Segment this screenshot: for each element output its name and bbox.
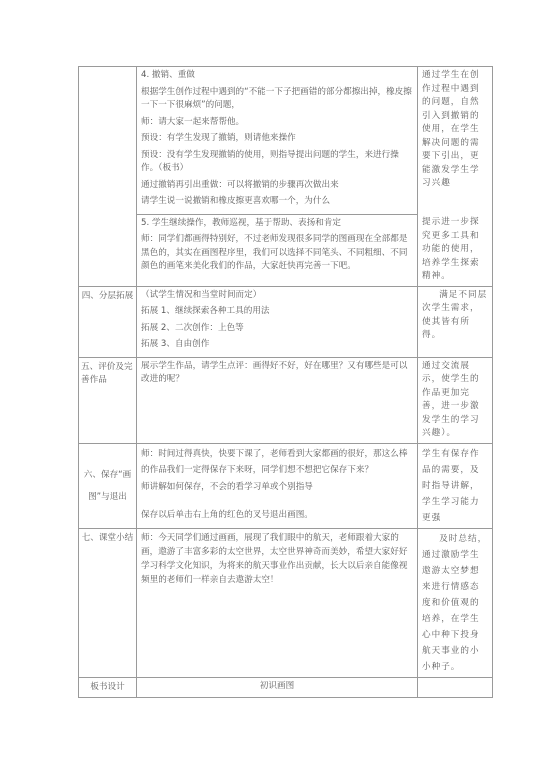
content-paragraph: 预设：有学生发现了撤销，则请他来操作 bbox=[141, 132, 413, 146]
table-row-save-exit: 六、保存“画图”与退出 师：时间过得真快，快要下课了，老师看到大家都画的很好，那… bbox=[79, 443, 493, 528]
stage-cell: 板书设计 bbox=[79, 677, 137, 698]
content-cell: 师：今天同学们通过画画，展现了我们眼中的航天，老师跟着大家的画，遨游了丰富多彩的… bbox=[137, 528, 418, 677]
content-paragraph: 拓展 3、自由创作 bbox=[141, 338, 413, 352]
content-paragraph: 展示学生作品，请学生点评：画得好不好，好在哪里？又有哪些是可以改进的呢？ bbox=[141, 360, 413, 387]
content-cell: 初识画图 bbox=[137, 677, 418, 698]
content-cell: 师：时间过得真快，快要下课了，老师看到大家都画的很好，那这么棒的作品我们一定得保… bbox=[137, 443, 418, 528]
lesson-plan-table: 4. 撤销、重做 根据学生创作过程中遇到的“不能一下子把画错的部分都擦出掉，橡皮… bbox=[78, 66, 493, 698]
stage-cell: 五、评价及完善作品 bbox=[79, 357, 137, 443]
content-paragraph: 师讲解如何保存，不会的看学习单或个别指导 bbox=[141, 481, 413, 495]
note-cell: 通过交流展示，使学生的作品更加完善，进一步激发学生的学习兴趣）。 bbox=[418, 357, 493, 443]
content-paragraph: 根据学生创作过程中遇到的“不能一下子把画错的部分都擦出掉，橡皮擦一下一下很麻烦”… bbox=[141, 86, 413, 113]
note-cell: 学生有保存作品的需要，及时指导讲解，学生学习能力更强 bbox=[418, 443, 493, 528]
content-paragraph: 通过撤销再引出重做：可以将撤销的步骤再次做出来 bbox=[141, 179, 413, 193]
table-row-evaluation: 五、评价及完善作品 展示学生作品，请学生点评：画得好不好，好在哪里？又有哪些是可… bbox=[79, 357, 493, 443]
table-row-extension: 四、分层拓展 （试学生情况和当堂时间而定） 拓展 1、继续探索各种工具的用法 拓… bbox=[79, 286, 493, 357]
step-heading: 5. 学生继续操作，教师巡视，基于帮助、表扬和肯定 bbox=[141, 217, 413, 231]
content-cell: 展示学生作品，请学生点评：画得好不好，好在哪里？又有哪些是可以改进的呢？ bbox=[137, 357, 418, 443]
content-paragraph: 拓展 1、继续探索各种工具的用法 bbox=[141, 305, 413, 319]
content-paragraph: 师：同学们都画得特别好，不过老师发现很多同学的图画现在全部都是黑色的，其实在画图… bbox=[141, 233, 413, 274]
content-paragraph: 师：请大家一起来帮帮他。 bbox=[141, 116, 413, 130]
note-cell: 通过学生在创作过程中遇到的问题，自然引入到撤销的使用，在学生解决问题的需要下引出… bbox=[418, 67, 493, 215]
content-paragraph: 师：时间过得真快，快要下课了，老师看到大家都画的很好，那这么棒的作品我们一定得保… bbox=[141, 446, 413, 478]
content-cell: 4. 撤销、重做 根据学生创作过程中遇到的“不能一下子把画错的部分都擦出掉，橡皮… bbox=[137, 67, 418, 215]
stage-cell: 七、课堂小结 bbox=[79, 528, 137, 677]
table-row-summary: 七、课堂小结 师：今天同学们通过画画，展现了我们眼中的航天，老师跟着大家的画，遨… bbox=[79, 528, 493, 677]
note-cell: 及时总结，通过激励学生遨游太空梦想来进行情感态度和价值观的培养，在学生心中种下投… bbox=[418, 528, 493, 677]
content-cell: （试学生情况和当堂时间而定） 拓展 1、继续探索各种工具的用法 拓展 2、二次创… bbox=[137, 286, 418, 357]
content-paragraph: （试学生情况和当堂时间而定） bbox=[141, 289, 413, 303]
table-row-step-4: 4. 撤销、重做 根据学生创作过程中遇到的“不能一下子把画错的部分都擦出掉，橡皮… bbox=[79, 67, 493, 215]
stage-cell: 六、保存“画图”与退出 bbox=[79, 443, 137, 528]
content-paragraph: 师：今天同学们通过画画，展现了我们眼中的航天，老师跟着大家的画，遨游了丰富多彩的… bbox=[141, 531, 413, 587]
content-paragraph: 拓展 2、二次创作：上色等 bbox=[141, 322, 413, 336]
stage-cell bbox=[79, 67, 137, 287]
content-paragraph: 请学生说一说撤销和橡皮擦更喜欢哪一个，为什么 bbox=[141, 195, 413, 209]
note-cell: 满足不同层次学生需求，使其皆有所得。 bbox=[418, 286, 493, 357]
note-cell bbox=[418, 677, 493, 698]
note-cell: 提示进一步探究更多工具和功能的使用，培养学生探索精神。 bbox=[418, 214, 493, 286]
stage-cell: 四、分层拓展 bbox=[79, 286, 137, 357]
step-heading: 4. 撤销、重做 bbox=[141, 69, 413, 83]
content-paragraph: 预设：没有学生发现撤销的使用，则指导提出问题的学生，来进行操作。（板书） bbox=[141, 149, 413, 176]
content-cell: 5. 学生继续操作，教师巡视，基于帮助、表扬和肯定 师：同学们都画得特别好，不过… bbox=[137, 214, 418, 286]
content-paragraph: 保存以后单击右上角的红色的叉号退出画图。 bbox=[141, 509, 413, 523]
table-row-step-5: 5. 学生继续操作，教师巡视，基于帮助、表扬和肯定 师：同学们都画得特别好，不过… bbox=[79, 214, 493, 286]
table-row-board-design: 板书设计 初识画图 bbox=[79, 677, 493, 698]
